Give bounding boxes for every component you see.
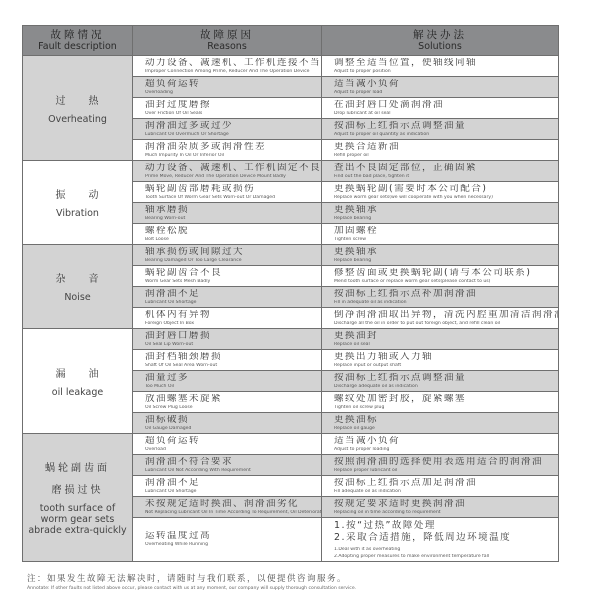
reason-cell: 轴承磨损Bearing Worn-out xyxy=(133,203,322,224)
solution-cell: 按油标上红指示点补加润滑油Fill in adequate oil as ind… xyxy=(322,287,559,308)
reason-cell: 油封档轴颈磨损Shaft Of Oil Seal Area Worn-out xyxy=(133,350,322,371)
reason-cell: 油量过多Too Much Oil xyxy=(133,371,322,392)
reason-cell: 蜗轮副齿部磨耗或损伤Tooth Surface Of Worm Gear Set… xyxy=(133,182,322,203)
table-row: 蜗轮副齿面磨损过快tooth surface of worm gear sets… xyxy=(23,434,559,455)
solution-cell: 更换轴承Replace bearing xyxy=(322,245,559,266)
solution-cell: 调整至适当位置，使轴线同轴Adjust to proper position xyxy=(322,56,559,77)
solution-cell: 查出不良固定部位，正确固紧Find out the bad place, tig… xyxy=(322,161,559,182)
reason-cell: 运转温度过高Overheating While Running xyxy=(133,518,322,562)
reason-cell: 润滑油杂质多或润滑性差Much Impurity In Oil Or Infer… xyxy=(133,140,322,161)
solution-cell: 按规定要求适时更换润滑油Replacing oil in time accord… xyxy=(322,497,559,518)
table-row: 漏 油oil leakage 油封唇口磨损Oil Seal Lip Worn-o… xyxy=(23,329,559,350)
solution-cell: 按照润滑油的选择使用表选用适合的润滑油Replace proper lubric… xyxy=(322,455,559,476)
reason-cell: 轴承损伤或间隙过大Bearing Damaged Or Too Large Cl… xyxy=(133,245,322,266)
solution-cell: 按油标上红指示点调整油量Discharge adequate oil as in… xyxy=(322,371,559,392)
solution-cell: 倒净润滑油取出异物，清洗内腔重加清洁润滑油Discharge all the o… xyxy=(322,308,559,329)
reason-cell: 蜗轮副齿合不良Worm Gear Sets Mesh Badly xyxy=(133,266,322,287)
fault-noise: 杂 音Noise xyxy=(23,245,133,329)
table-row: 过 热Overheating 动力设备、减速机、工作机连接不当Improper … xyxy=(23,56,559,77)
solution-cell: 更换蜗轮副(需要时本公司配合)Replace worm gear sets(we… xyxy=(322,182,559,203)
reason-cell: 超负荷运转Overloading xyxy=(133,77,322,98)
header-fault: 故障情况Fault description xyxy=(23,26,133,56)
reason-cell: 未按规定适时换油、润滑油劣化Not Replacing Lubricant Oi… xyxy=(133,497,322,518)
fault-vibration: 振 动Vibration xyxy=(23,161,133,245)
reason-cell: 螺栓松脱Bolt Loose xyxy=(133,224,322,245)
solution-cell: 修整齿面或更换蜗轮副(请与本公司联系)Mend tooth surface or… xyxy=(322,266,559,287)
table-row: 杂 音Noise 轴承损伤或间隙过大Bearing Damaged Or Too… xyxy=(23,245,559,266)
solution-cell: 更换出力轴或入力轴Replace input or output shaft xyxy=(322,350,559,371)
solution-cell: 加固螺栓Tighten screw xyxy=(322,224,559,245)
annotation-note: 注：如果发生故障无法解决时，请随时与我们联系，以便提供咨询服务。 Annotat… xyxy=(27,572,587,591)
reason-cell: 油标破损Oil Gauge Damaged xyxy=(133,413,322,434)
reason-cell: 超负荷运转Overload xyxy=(133,434,322,455)
solution-cell: 1.按“过热”故障处理2.采取合适措施，降低周边环境温度1.Deal with … xyxy=(322,518,559,562)
solution-cell: 螺纹处加密封胶，旋紧螺塞Tighten oil screw plug xyxy=(322,392,559,413)
header-reasons: 故障原因Reasons xyxy=(133,26,322,56)
solution-cell: 按油标上红指示点调整油量Adjust to proper oil quantit… xyxy=(322,119,559,140)
table-row: 振 动Vibration 动力设备、减速机、工作机固定不良Prime Move,… xyxy=(23,161,559,182)
reason-cell: 油封过度磨擦Over Friction Of Oil Seals xyxy=(133,98,322,119)
solution-cell: 更换合适新油Refill proper oil xyxy=(322,140,559,161)
table-header-row: 故障情况Fault description 故障原因Reasons 解决办法So… xyxy=(23,26,559,56)
fault-overheating: 过 热Overheating xyxy=(23,56,133,161)
reason-cell: 润滑油过多或过少Lubricant Oil Overmuch Or Shorta… xyxy=(133,119,322,140)
reason-cell: 动力设备、减速机、工作机固定不良Prime Move, Reducer And … xyxy=(133,161,322,182)
solution-cell: 更换油封Replace oil seal xyxy=(322,329,559,350)
reason-cell: 润滑油不足Lubricant Oil Shortage xyxy=(133,287,322,308)
fault-oil-leakage: 漏 油oil leakage xyxy=(23,329,133,434)
header-solutions: 解决办法Solutions xyxy=(322,26,559,56)
reason-cell: 动力设备、减速机、工作机连接不当Improper Connection Amon… xyxy=(133,56,322,77)
reason-cell: 润滑油不足Lubricant Oil Shortage xyxy=(133,476,322,497)
reason-cell: 润滑油不符合要求Lubricant Oil Not According With… xyxy=(133,455,322,476)
fault-table: 故障情况Fault description 故障原因Reasons 解决办法So… xyxy=(22,25,559,562)
reason-cell: 放油螺塞未旋紧Oil Screw Plug Loose xyxy=(133,392,322,413)
reason-cell: 机体内有异物Foreign Object In Box xyxy=(133,308,322,329)
solution-cell: 按油标上红指示点加足润滑油Fill adequate oil as indica… xyxy=(322,476,559,497)
fault-tooth-wear: 蜗轮副齿面磨损过快tooth surface of worm gear sets… xyxy=(23,434,133,562)
solution-cell: 适当减小负荷Adjust to proper loading xyxy=(322,434,559,455)
solution-cell: 适当减小负荷Adjust to proper load xyxy=(322,77,559,98)
solution-cell: 更换油标Replace oil gauge xyxy=(322,413,559,434)
reason-cell: 油封唇口磨损Oil Seal Lip Worn-out xyxy=(133,329,322,350)
solution-cell: 在油封唇口处滴润滑油Drop lubricant at oil seal xyxy=(322,98,559,119)
solution-cell: 更换轴承Replace bearing xyxy=(322,203,559,224)
